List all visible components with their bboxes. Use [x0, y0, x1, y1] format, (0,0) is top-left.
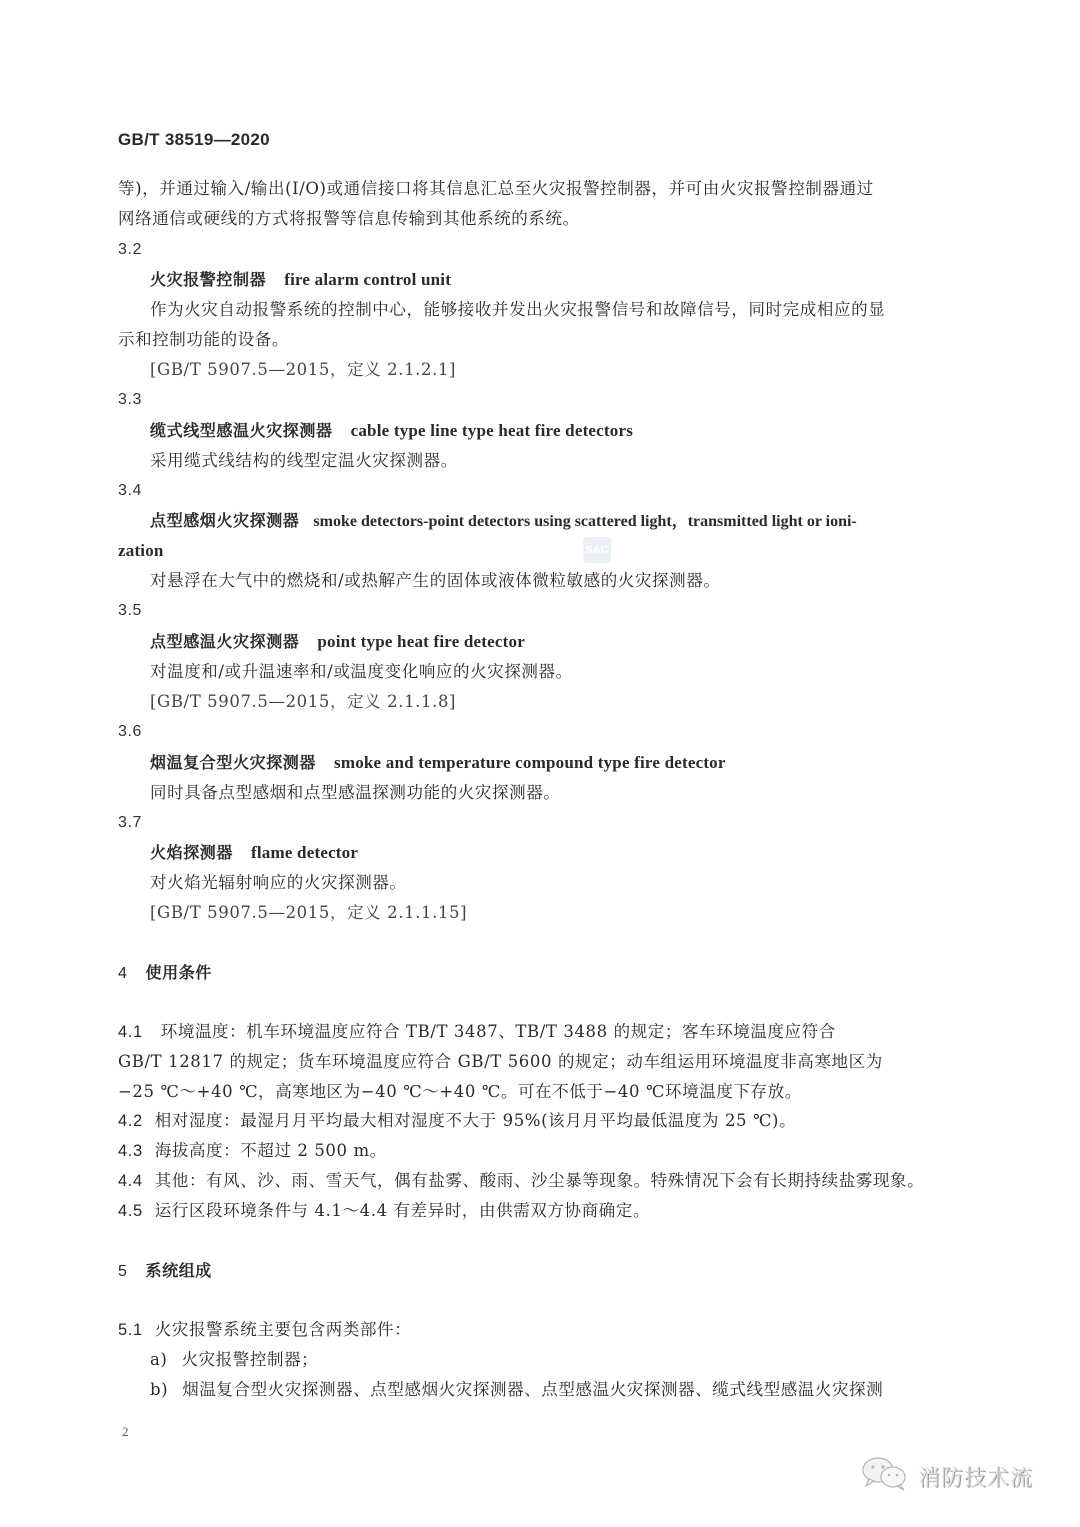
wechat-icon [860, 1456, 910, 1496]
page-number: 2 [122, 1424, 129, 1440]
clause: 5.1火灾报警系统主要包含两类部件： [118, 1319, 411, 1341]
term-en: point type heat fire detector [317, 632, 525, 651]
clause: 4.4其他：有风、沙、雨、雪天气，偶有盐雾、酸雨、沙尘暴等现象。特殊情况下会有长… [118, 1170, 924, 1192]
clause-text-cont: GB/T 12817 的规定；货车环境温度应符合 GB/T 5600 的规定；动… [118, 1051, 883, 1073]
clause-text: 海拔高度：不超过 2 500 m。 [155, 1141, 387, 1160]
clause-text: 其他：有风、沙、雨、雪天气，偶有盐雾、酸雨、沙尘暴等现象。特殊情况下会有长期持续… [155, 1171, 925, 1190]
term-heading-cont: zation [118, 540, 164, 562]
term-definition: 同时具备点型感烟和点型感温探测功能的火灾探测器。 [150, 782, 560, 804]
term-number: 3.6 [118, 721, 142, 743]
term-heading: 火焰探测器flame detector [150, 842, 358, 864]
term-en: cable type line type heat fire detectors [351, 421, 633, 440]
list-item-label: a) [150, 1350, 167, 1369]
term-definition: 对悬浮在大气中的燃烧和/或热解产生的固体或液体微粒敏感的火灾探测器。 [150, 570, 720, 592]
term-number: 3.2 [118, 239, 142, 261]
term-cn: 缆式线型感温火灾探测器 [150, 421, 333, 440]
sac-stamp: SAC [583, 537, 611, 563]
document-page: GB/T 38519—2020 等)，并通过输入/输出(I/O)或通信接口将其信… [0, 0, 1080, 1527]
section-heading: 5系统组成 [118, 1260, 212, 1283]
term-definition-cont: 示和控制功能的设备。 [118, 329, 289, 351]
list-item: b)烟温复合型火灾探测器、点型感烟火灾探测器、点型感温火灾探测器、缆式线型感温火… [150, 1379, 883, 1401]
term-en-cont: zation [118, 541, 164, 560]
term-definition: 对温度和/或升温速率和/或温度变化响应的火灾探测器。 [150, 661, 573, 683]
list-item-label: b) [150, 1380, 168, 1399]
term-number: 3.4 [118, 480, 142, 502]
term-number: 3.3 [118, 389, 142, 411]
clause-number: 4.5 [118, 1202, 143, 1220]
term-definition: 采用缆式线结构的线型定温火灾探测器。 [150, 450, 458, 472]
clause-text-cont: −25 ℃～+40 ℃，高寒地区为−40 ℃～+40 ℃。可在不低于−40 ℃环… [118, 1081, 802, 1103]
watermark: 消防技术流 [860, 1456, 1033, 1496]
term-heading: 火灾报警控制器fire alarm control unit [150, 269, 451, 291]
clause: 4.2相对湿度：最湿月月平均最大相对湿度不大于 95%(该月月平均最低温度为 2… [118, 1110, 796, 1132]
account-name: 消防技术流 [918, 1461, 1033, 1492]
clause-text: 运行区段环境条件与 4.1～4.4 有差异时，由供需双方协商确定。 [155, 1201, 650, 1220]
clause-number: 4.3 [118, 1142, 143, 1160]
term-en: flame detector [251, 843, 358, 862]
term-cn: 火灾报警控制器 [150, 270, 266, 289]
term-definition: 作为火灾自动报警系统的控制中心，能够接收并发出火灾报警信号和故障信号，同时完成相… [150, 299, 885, 321]
term-reference: [GB/T 5907.5—2015，定义 2.1.1.15] [150, 902, 467, 924]
term-number: 3.7 [118, 812, 142, 834]
intro-line-2: 网络通信或硬线的方式将报警等信息传输到其他系统的系统。 [118, 208, 580, 230]
clause-number: 4.2 [118, 1112, 143, 1130]
clause: 4.1环境温度：机车环境温度应符合 TB/T 3487、TB/T 3488 的规… [118, 1021, 836, 1043]
clause-text: 火灾报警系统主要包含两类部件： [155, 1320, 412, 1339]
term-en: smoke detectors-point detectors using sc… [313, 513, 856, 530]
term-cn: 点型感温火灾探测器 [150, 632, 299, 651]
term-cn: 烟温复合型火灾探测器 [150, 753, 316, 772]
term-heading: 点型感烟火灾探测器smoke detectors-point detectors… [150, 510, 857, 533]
term-heading: 烟温复合型火灾探测器smoke and temperature compound… [150, 752, 726, 774]
term-definition: 对火焰光辐射响应的火灾探测器。 [150, 872, 407, 894]
term-reference: [GB/T 5907.5—2015，定义 2.1.2.1] [150, 359, 456, 381]
term-heading: 点型感温火灾探测器point type heat fire detector [150, 631, 525, 653]
section-heading: 4使用条件 [118, 962, 212, 985]
section-number: 4 [118, 965, 128, 982]
term-heading: 缆式线型感温火灾探测器cable type line type heat fir… [150, 420, 633, 442]
term-cn: 点型感烟火灾探测器 [150, 511, 299, 530]
term-en: smoke and temperature compound type fire… [334, 753, 726, 772]
clause-text: 环境温度：机车环境温度应符合 TB/T 3487、TB/T 3488 的规定；客… [161, 1022, 836, 1041]
intro-line-1: 等)，并通过输入/输出(I/O)或通信接口将其信息汇总至火灾报警控制器，并可由火… [118, 178, 874, 200]
section-title: 使用条件 [146, 963, 212, 982]
clause-text: 相对湿度：最湿月月平均最大相对湿度不大于 95%(该月月平均最低温度为 25 ℃… [155, 1111, 796, 1130]
term-en: fire alarm control unit [284, 270, 451, 289]
list-item-text: 火灾报警控制器； [181, 1350, 318, 1369]
clause-number: 4.4 [118, 1172, 143, 1190]
section-number: 5 [118, 1263, 128, 1280]
term-reference: [GB/T 5907.5—2015，定义 2.1.1.8] [150, 691, 456, 713]
clause: 4.5运行区段环境条件与 4.1～4.4 有差异时，由供需双方协商确定。 [118, 1200, 650, 1222]
clause-number: 5.1 [118, 1321, 143, 1339]
list-item: a)火灾报警控制器； [150, 1349, 318, 1371]
term-cn: 火焰探测器 [150, 843, 233, 862]
term-number: 3.5 [118, 600, 142, 622]
clause-number: 4.1 [118, 1023, 143, 1041]
standard-number: GB/T 38519—2020 [118, 129, 270, 151]
section-title: 系统组成 [146, 1261, 212, 1280]
list-item-text: 烟温复合型火灾探测器、点型感烟火灾探测器、点型感温火灾探测器、缆式线型感温火灾探… [182, 1380, 883, 1399]
clause: 4.3海拔高度：不超过 2 500 m。 [118, 1140, 387, 1162]
